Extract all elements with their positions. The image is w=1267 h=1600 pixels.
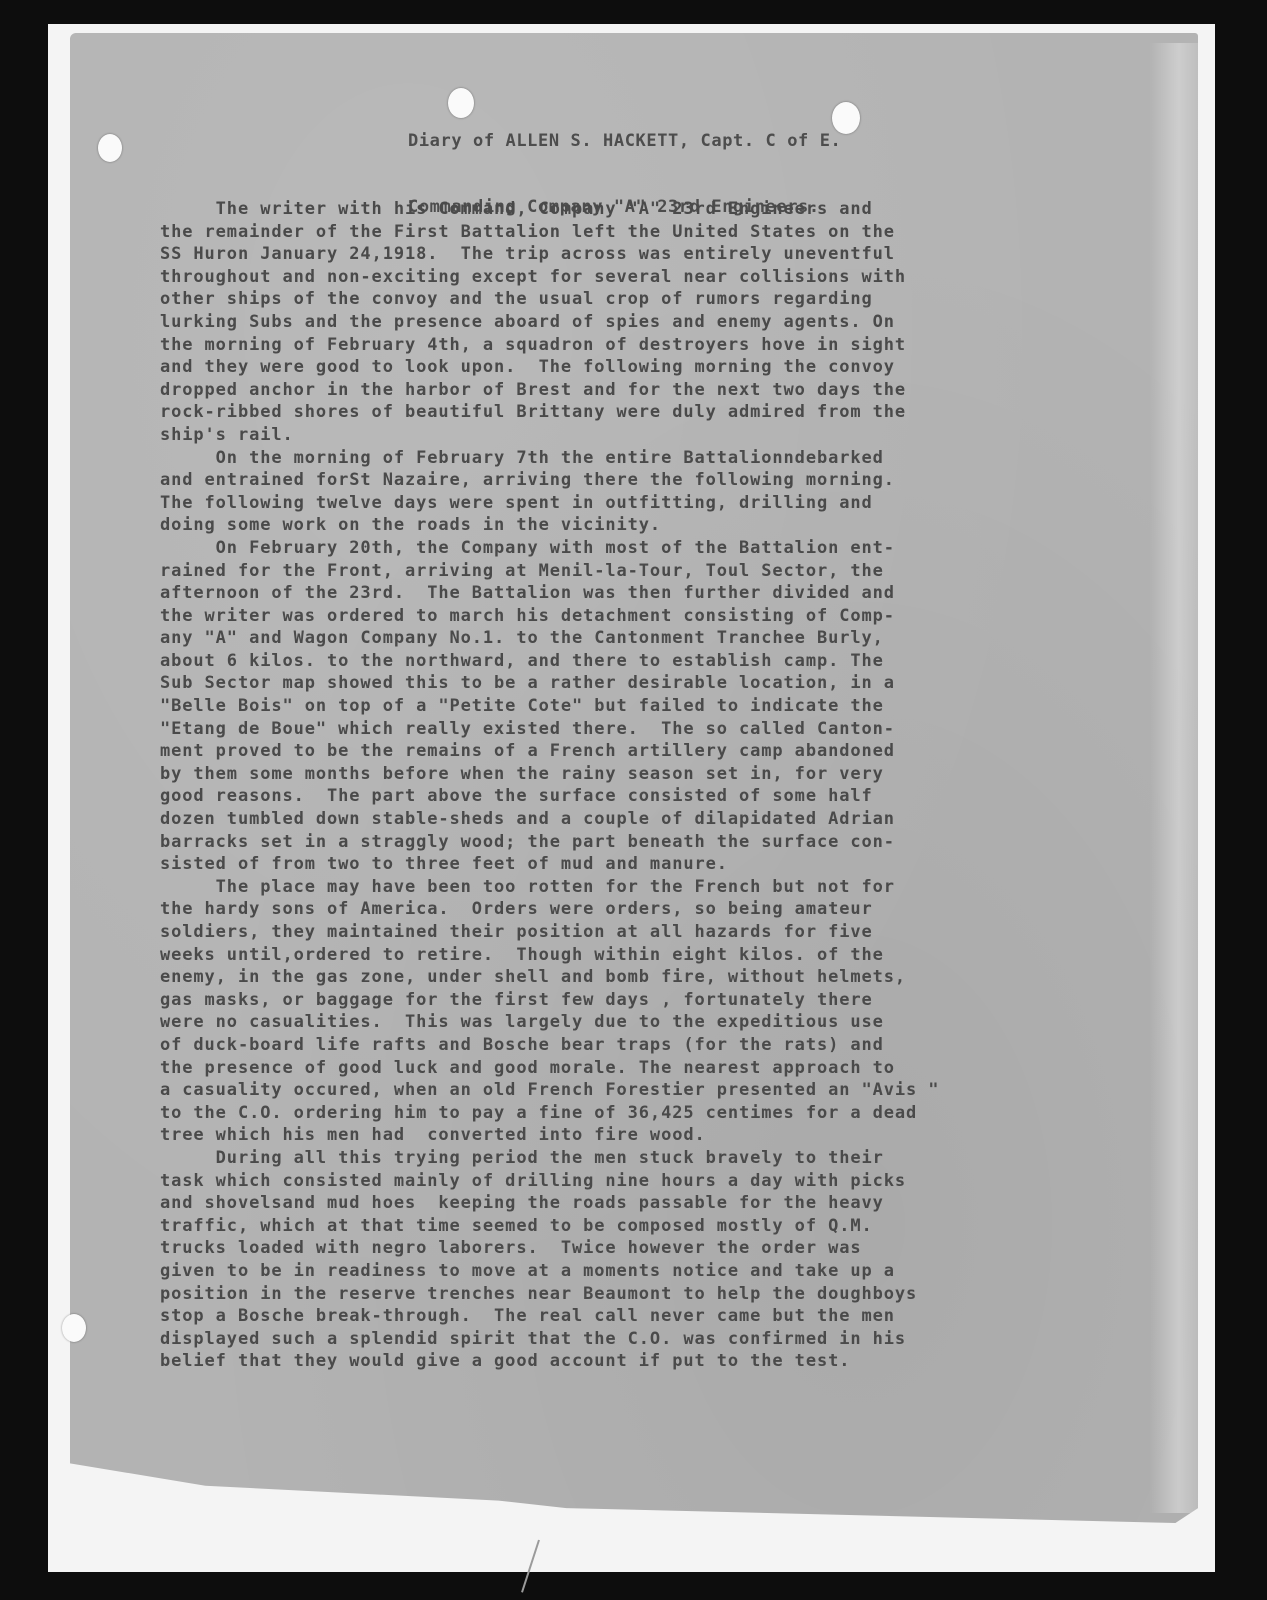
- text-line: and shovelsand mud hoes keeping the road…: [160, 1192, 1090, 1215]
- punch-hole-bottom: [62, 1314, 86, 1342]
- text-line: any "A" and Wagon Company No.1. to the C…: [160, 627, 1090, 650]
- text-line: SS Huron January 24,1918. The trip acros…: [160, 243, 1090, 266]
- text-line: to the C.O. ordering him to pay a fine o…: [160, 1102, 1090, 1125]
- text-line: were no casualities. This was largely du…: [160, 1011, 1090, 1034]
- text-line: displayed such a splendid spirit that th…: [160, 1328, 1090, 1351]
- text-line: the remainder of the First Battalion lef…: [160, 221, 1090, 244]
- text-line: dozen tumbled down stable-sheds and a co…: [160, 808, 1090, 831]
- paragraph: On the morning of February 7th the entir…: [160, 447, 1090, 537]
- text-line: soldiers, they maintained their position…: [160, 921, 1090, 944]
- text-line: rained for the Front, arriving at Menil-…: [160, 560, 1090, 583]
- text-line: gas masks, or baggage for the first few …: [160, 989, 1090, 1012]
- text-line: about 6 kilos. to the northward, and the…: [160, 650, 1090, 673]
- text-line: the hardy sons of America. Orders were o…: [160, 898, 1090, 921]
- text-line: stop a Bosche break-through. The real ca…: [160, 1305, 1090, 1328]
- text-line: and entrained forSt Nazaire, arriving th…: [160, 469, 1090, 492]
- text-line: rock-ribbed shores of beautiful Brittany…: [160, 401, 1090, 424]
- text-line: of duck-board life rafts and Bosche bear…: [160, 1034, 1090, 1057]
- text-line: enemy, in the gas zone, under shell and …: [160, 966, 1090, 989]
- document-body: The writer with his Command, Company "A"…: [160, 198, 1090, 1373]
- text-line: given to be in readiness to move at a mo…: [160, 1260, 1090, 1283]
- text-line: traffic, which at that time seemed to be…: [160, 1215, 1090, 1238]
- text-line: belief that they would give a good accou…: [160, 1350, 1090, 1373]
- text-line: a casuality occured, when an old French …: [160, 1079, 1090, 1102]
- text-line: The following twelve days were spent in …: [160, 492, 1090, 515]
- text-line: the presence of good luck and good moral…: [160, 1057, 1090, 1080]
- text-line: barracks set in a straggly wood; the par…: [160, 831, 1090, 854]
- text-line: dropped anchor in the harbor of Brest an…: [160, 379, 1090, 402]
- text-line: On February 20th, the Company with most …: [160, 537, 1090, 560]
- text-line: doing some work on the roads in the vici…: [160, 514, 1090, 537]
- text-line: good reasons. The part above the surface…: [160, 785, 1090, 808]
- text-line: by them some months before when the rain…: [160, 763, 1090, 786]
- text-line: tree which his men had converted into fi…: [160, 1124, 1090, 1147]
- text-line: "Etang de Boue" which really existed the…: [160, 718, 1090, 741]
- paragraph: The writer with his Command, Company "A"…: [160, 198, 1090, 447]
- text-line: lurking Subs and the presence aboard of …: [160, 311, 1090, 334]
- text-line: afternoon of the 23rd. The Battalion was…: [160, 582, 1090, 605]
- punch-hole-top: [98, 134, 122, 162]
- text-line: ship's rail.: [160, 424, 1090, 447]
- paragraph: During all this trying period the men st…: [160, 1147, 1090, 1373]
- text-line: other ships of the convoy and the usual …: [160, 288, 1090, 311]
- text-line: throughout and non-exciting except for s…: [160, 266, 1090, 289]
- paragraph: On February 20th, the Company with most …: [160, 537, 1090, 876]
- text-line: The writer with his Command, Company "A"…: [160, 198, 1090, 221]
- text-line: Sub Sector map showed this to be a rathe…: [160, 672, 1090, 695]
- heading-line-1: Diary of ALLEN S. HACKETT, Capt. C of E.: [408, 130, 841, 152]
- text-line: The place may have been too rotten for t…: [160, 876, 1090, 899]
- text-line: "Belle Bois" on top of a "Petite Cote" b…: [160, 695, 1090, 718]
- text-line: and they were good to look upon. The fol…: [160, 356, 1090, 379]
- text-line: the morning of February 4th, a squadron …: [160, 334, 1090, 357]
- text-line: trucks loaded with negro laborers. Twice…: [160, 1237, 1090, 1260]
- text-line: position in the reserve trenches near Be…: [160, 1283, 1090, 1306]
- page-edge-highlight: [1150, 43, 1198, 1513]
- text-line: task which consisted mainly of drilling …: [160, 1170, 1090, 1193]
- text-line: On the morning of February 7th the entir…: [160, 447, 1090, 470]
- text-line: During all this trying period the men st…: [160, 1147, 1090, 1170]
- text-line: weeks until,ordered to retire. Though wi…: [160, 944, 1090, 967]
- text-line: sisted of from two to three feet of mud …: [160, 853, 1090, 876]
- paragraph: The place may have been too rotten for t…: [160, 876, 1090, 1147]
- text-line: the writer was ordered to march his deta…: [160, 605, 1090, 628]
- text-line: ment proved to be the remains of a Frenc…: [160, 740, 1090, 763]
